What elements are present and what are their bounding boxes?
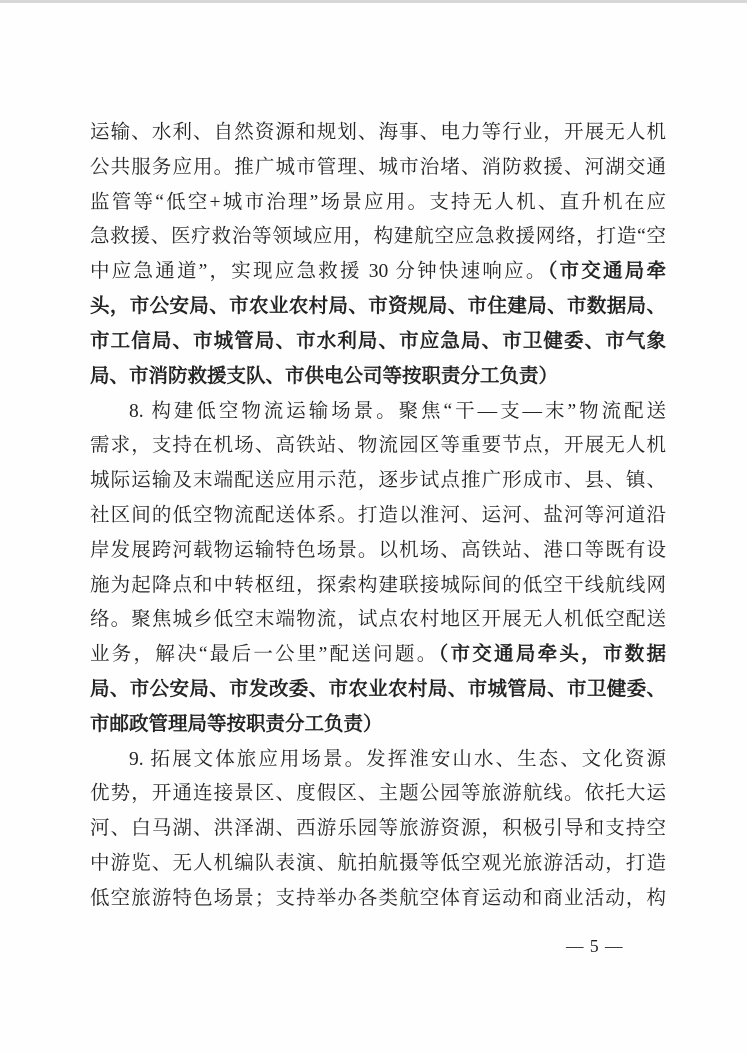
text-line: 市工信局、市城管局、市水利局、市应急局、市卫健委、市气象	[90, 325, 666, 360]
responsible-departments-text: 市工信局、市城管局、市水利局、市应急局、市卫健委、市气象	[90, 331, 666, 352]
text-line: 头，市公安局、市农业农村局、市资规局、市住建局、市数据局、	[90, 290, 666, 325]
responsible-departments-text: 局、市消防救援支队、市供电公司等按职责分工负责）	[90, 366, 558, 387]
text-line: 局、市消防救援支队、市供电公司等按职责分工负责）	[90, 360, 666, 395]
body-text: 低空旅游特色场景；支持举办各类航空体育运动和商业活动，构	[90, 888, 666, 909]
text-line: 中游览、无人机编队表演、航拍航摄等低空观光旅游活动，打造	[90, 847, 666, 882]
text-line: 中应急通道”，实现应急救援 30 分钟快速响应。（市交通局牵	[90, 255, 666, 290]
text-line: 公共服务应用。推广城市管理、城市治堵、消防救援、河湖交通	[90, 151, 666, 186]
body-text: 优势，开通连接景区、度假区、主题公园等旅游航线。依托大运	[90, 783, 666, 804]
text-line: 低空旅游特色场景；支持举办各类航空体育运动和商业活动，构	[90, 882, 666, 917]
responsible-departments-text: （市交通局牵	[548, 261, 666, 282]
body-text: 社区间的低空物流配送体系。打造以淮河、运河、盐河等河道沿	[90, 505, 666, 526]
text-line: 优势，开通连接景区、度假区、主题公园等旅游航线。依托大运	[90, 777, 666, 812]
responsible-departments-text: 市邮政管理局等按职责分工负责）	[90, 714, 383, 735]
page-number-text: — 5 —	[566, 936, 624, 956]
body-text: 施为起降点和中转枢纽，探索构建联接城际间的低空干线航线网	[90, 575, 666, 596]
text-line: 城际运输及末端配送应用示范，逐步试点推广形成市、县、镇、	[90, 464, 666, 499]
page-number: — 5 —	[566, 936, 624, 957]
body-text: 需求，支持在机场、高铁站、物流园区等重要节点，开展无人机	[90, 435, 666, 456]
text-line: 市邮政管理局等按职责分工负责）	[90, 708, 666, 743]
text-line: 岸发展跨河载物运输特色场景。以机场、高铁站、港口等既有设	[90, 534, 666, 569]
text-line: 施为起降点和中转枢纽，探索构建联接城际间的低空干线航线网	[90, 569, 666, 604]
text-line: 局、市公安局、市发改委、市农业农村局、市城管局、市卫健委、	[90, 673, 666, 708]
body-text: 业务，解决“最后一公里”配送问题。	[90, 644, 438, 665]
responsible-departments-text: 局、市公安局、市发改委、市农业农村局、市城管局、市卫健委、	[90, 679, 666, 700]
paragraph-start-line: 9. 拓展文体旅应用场景。发挥淮安山水、生态、文化资源	[90, 743, 666, 778]
text-line: 急救援、医疗救治等领域应用，构建航空应急救援网络，打造“空	[90, 220, 666, 255]
text-line: 监管等“低空+城市治理”场景应用。支持无人机、直升机在应	[90, 186, 666, 221]
body-text: 公共服务应用。推广城市管理、城市治堵、消防救援、河湖交通	[90, 157, 666, 178]
responsible-departments-text: 头，市公安局、市农业农村局、市资规局、市住建局、市数据局、	[90, 296, 666, 317]
text-line: 运输、水利、自然资源和规划、海事、电力等行业，开展无人机	[90, 116, 666, 151]
body-text: 监管等“低空+城市治理”场景应用。支持无人机、直升机在应	[90, 192, 666, 213]
text-line: 业务，解决“最后一公里”配送问题。（市交通局牵头，市数据	[90, 638, 666, 673]
body-text: 9. 拓展文体旅应用场景。发挥淮安山水、生态、文化资源	[129, 749, 666, 770]
paragraph-start-line: 8. 构建低空物流运输场景。聚焦“干—支—末”物流配送	[90, 395, 666, 430]
document-body: 运输、水利、自然资源和规划、海事、电力等行业，开展无人机 公共服务应用。推广城市…	[90, 116, 666, 917]
body-text: 运输、水利、自然资源和规划、海事、电力等行业，开展无人机	[90, 122, 666, 143]
text-line: 河、白马湖、洪泽湖、西游乐园等旅游资源，积极引导和支持空	[90, 812, 666, 847]
body-text: 岸发展跨河载物运输特色场景。以机场、高铁站、港口等既有设	[90, 540, 666, 561]
text-line: 络。聚焦城乡低空末端物流，试点农村地区开展无人机低空配送	[90, 603, 666, 638]
body-text: 河、白马湖、洪泽湖、西游乐园等旅游资源，积极引导和支持空	[90, 818, 666, 839]
scan-edge-top	[0, 0, 747, 3]
responsible-departments-text: （市交通局牵头，市数据	[438, 644, 666, 665]
body-text: 城际运输及末端配送应用示范，逐步试点推广形成市、县、镇、	[90, 470, 666, 491]
body-text: 中游览、无人机编队表演、航拍航摄等低空观光旅游活动，打造	[90, 853, 666, 874]
body-text: 8. 构建低空物流运输场景。聚焦“干—支—末”物流配送	[129, 401, 666, 422]
text-line: 需求，支持在机场、高铁站、物流园区等重要节点，开展无人机	[90, 429, 666, 464]
body-text: 急救援、医疗救治等领域应用，构建航空应急救援网络，打造“空	[90, 226, 666, 247]
body-text: 中应急通道”，实现应急救援 30 分钟快速响应。	[90, 261, 548, 282]
body-text: 络。聚焦城乡低空末端物流，试点农村地区开展无人机低空配送	[90, 609, 666, 630]
document-page: 运输、水利、自然资源和规划、海事、电力等行业，开展无人机 公共服务应用。推广城市…	[0, 0, 747, 1054]
text-line: 社区间的低空物流配送体系。打造以淮河、运河、盐河等河道沿	[90, 499, 666, 534]
